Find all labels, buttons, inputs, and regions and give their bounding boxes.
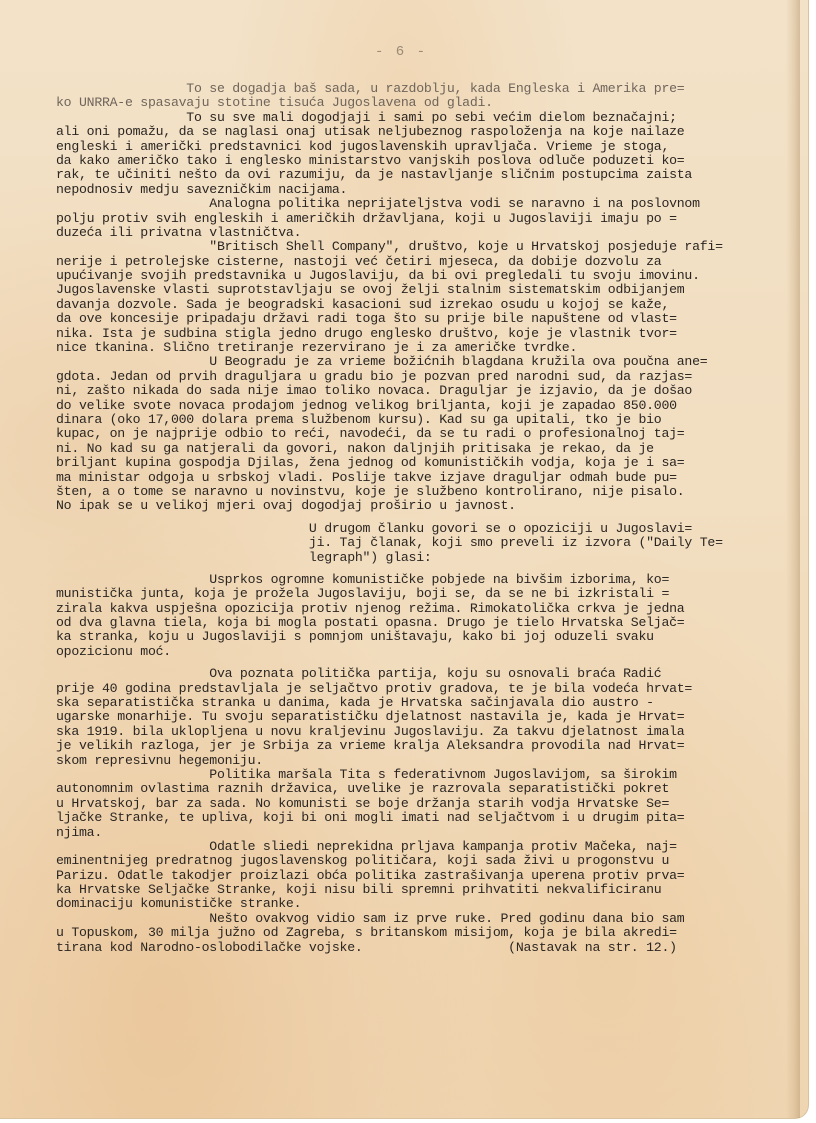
text-line: od dva glavna tiela, koja bi mogla posta…: [56, 616, 776, 630]
text-line: nice tkanina. Slično tretiranje rezervir…: [56, 341, 776, 355]
text-line: Politika maršala Tita s federativnom Jug…: [56, 768, 776, 782]
text-line: ugarske monarhije. Tu svoju separatistič…: [56, 710, 776, 724]
text-line: prije 40 godina predstavljala je seljačt…: [56, 682, 776, 696]
text-line: Jugoslavenske vlasti suprotstavljaju se …: [56, 283, 776, 297]
text-line: engleski i američki predstavnici kod jug…: [56, 140, 776, 154]
text-line: njima.: [56, 826, 776, 840]
text-line: ni. No kad su ga natjerali da govori, na…: [56, 442, 776, 456]
text-line: ka Hrvatske Seljačke Stranke, koji nisu …: [56, 883, 776, 897]
text-line: do velike svote novaca prodajom jednog v…: [56, 399, 776, 413]
text-line: ka stranka, koju u Jugoslaviji s pomnjom…: [56, 630, 776, 644]
text-line: U Beogradu je za vrieme božićnih blagdan…: [56, 355, 776, 369]
page-number: - 6 -: [375, 44, 427, 60]
text-line: To se dogadja baš sada, u razdoblju, kad…: [56, 82, 776, 96]
page-edge: [786, 0, 800, 1118]
text-line: polju protiv svih engleskih i američkih …: [56, 212, 776, 226]
text-line: U drugom članku govori se o opoziciji u …: [56, 522, 776, 536]
text-line: ska separatistička stranka u danima, kad…: [56, 696, 776, 710]
text-line: šten, a o tome se naravno u novinstvu, k…: [56, 485, 776, 499]
text-line: duzeća ili privatna vlastničtva.: [56, 226, 776, 240]
text-line: dominaciju komunističke stranke.: [56, 897, 776, 911]
text-line: da ove koncesije pripadaju državi radi t…: [56, 312, 776, 326]
text-line: ljačke Stranke, te upliva, koji bi oni m…: [56, 811, 776, 825]
text-line: u Hrvatskoj, bar za sada. No komunisti s…: [56, 797, 776, 811]
text-line: nepodnosiv medju savezničkim nacijama.: [56, 183, 776, 197]
text-line: zirala kakva uspješna opozicija protiv n…: [56, 602, 776, 616]
text-line: da kako američko tako i englesko minista…: [56, 154, 776, 168]
text-line: je velikih razloga, jer je Srbija za vri…: [56, 739, 776, 753]
text-line: rak, te učiniti nešto da ovi razumiju, d…: [56, 168, 776, 182]
text-line: To su sve mali dogodjaji i sami po sebi …: [56, 111, 776, 125]
text-line: autonomnim ovlastima raznih državica, uv…: [56, 782, 776, 796]
typewritten-body: To se dogadja baš sada, u razdoblju, kad…: [56, 82, 776, 955]
document-page: - 6 - To se dogadja baš sada, u razdoblj…: [0, 0, 809, 1119]
text-line: No ipak se u velikoj mjeri ovaj dogodjaj…: [56, 499, 776, 513]
text-line: Nešto ovakvog vidio sam iz prve ruke. Pr…: [56, 912, 776, 926]
text-line: ji. Taj članak, koji smo preveli iz izvo…: [56, 536, 776, 550]
text-line: Ova poznata politička partija, koju su o…: [56, 667, 776, 681]
text-line: briljant kupina gospodja Djilas, žena je…: [56, 456, 776, 470]
text-line: Parizu. Odatle takodjer proizlazi obća p…: [56, 869, 776, 883]
text-line: nerije i petrolejske cisterne, nastoji v…: [56, 255, 776, 269]
text-line: opozicionu moć.: [56, 645, 776, 659]
text-line: legraph") glasi:: [56, 551, 776, 565]
text-line: davanja dozvole. Sada je beogradski kasa…: [56, 298, 776, 312]
text-line: tirana kod Narodno-oslobodilačke vojske.…: [56, 941, 776, 955]
text-line: ali oni pomažu, da se naglasi onaj utisa…: [56, 125, 776, 139]
text-line: dinara (oko 17,000 dolara prema službeno…: [56, 413, 776, 427]
text-line: kupac, on je najprije odbio to reći, nav…: [56, 427, 776, 441]
text-line: Usprkos ogromne komunističke pobjede na …: [56, 573, 776, 587]
text-line: ni, zašto nikada do sada nije imao tolik…: [56, 384, 776, 398]
text-line: upućivanje svojih predstavnika u Jugosla…: [56, 269, 776, 283]
text-line: nika. Ista je sudbina stigla jedno drugo…: [56, 327, 776, 341]
text-line: "Britisch Shell Company", društvo, koje …: [56, 240, 776, 254]
text-line: Odatle sliedi neprekidna prljava kampanj…: [56, 840, 776, 854]
text-line: munistička junta, koja je prožela Jugosl…: [56, 587, 776, 601]
text-line: skom represivnu hegemoniju.: [56, 754, 776, 768]
text-line: ma ministar odgoja u srbskoj vladi. Posl…: [56, 471, 776, 485]
text-line: u Topuskom, 30 milja južno od Zagreba, s…: [56, 926, 776, 940]
text-line: ska 1919. bila uklopljena u novu kraljev…: [56, 725, 776, 739]
text-line: gdota. Jedan od prvih draguljara u gradu…: [56, 370, 776, 384]
text-line: ko UNRRA-e spasavaju stotine tisuća Jugo…: [56, 96, 776, 110]
text-line: Analogna politika neprijateljstva vodi s…: [56, 197, 776, 211]
text-line: eminentnijeg predratnog jugoslavenskog p…: [56, 854, 776, 868]
